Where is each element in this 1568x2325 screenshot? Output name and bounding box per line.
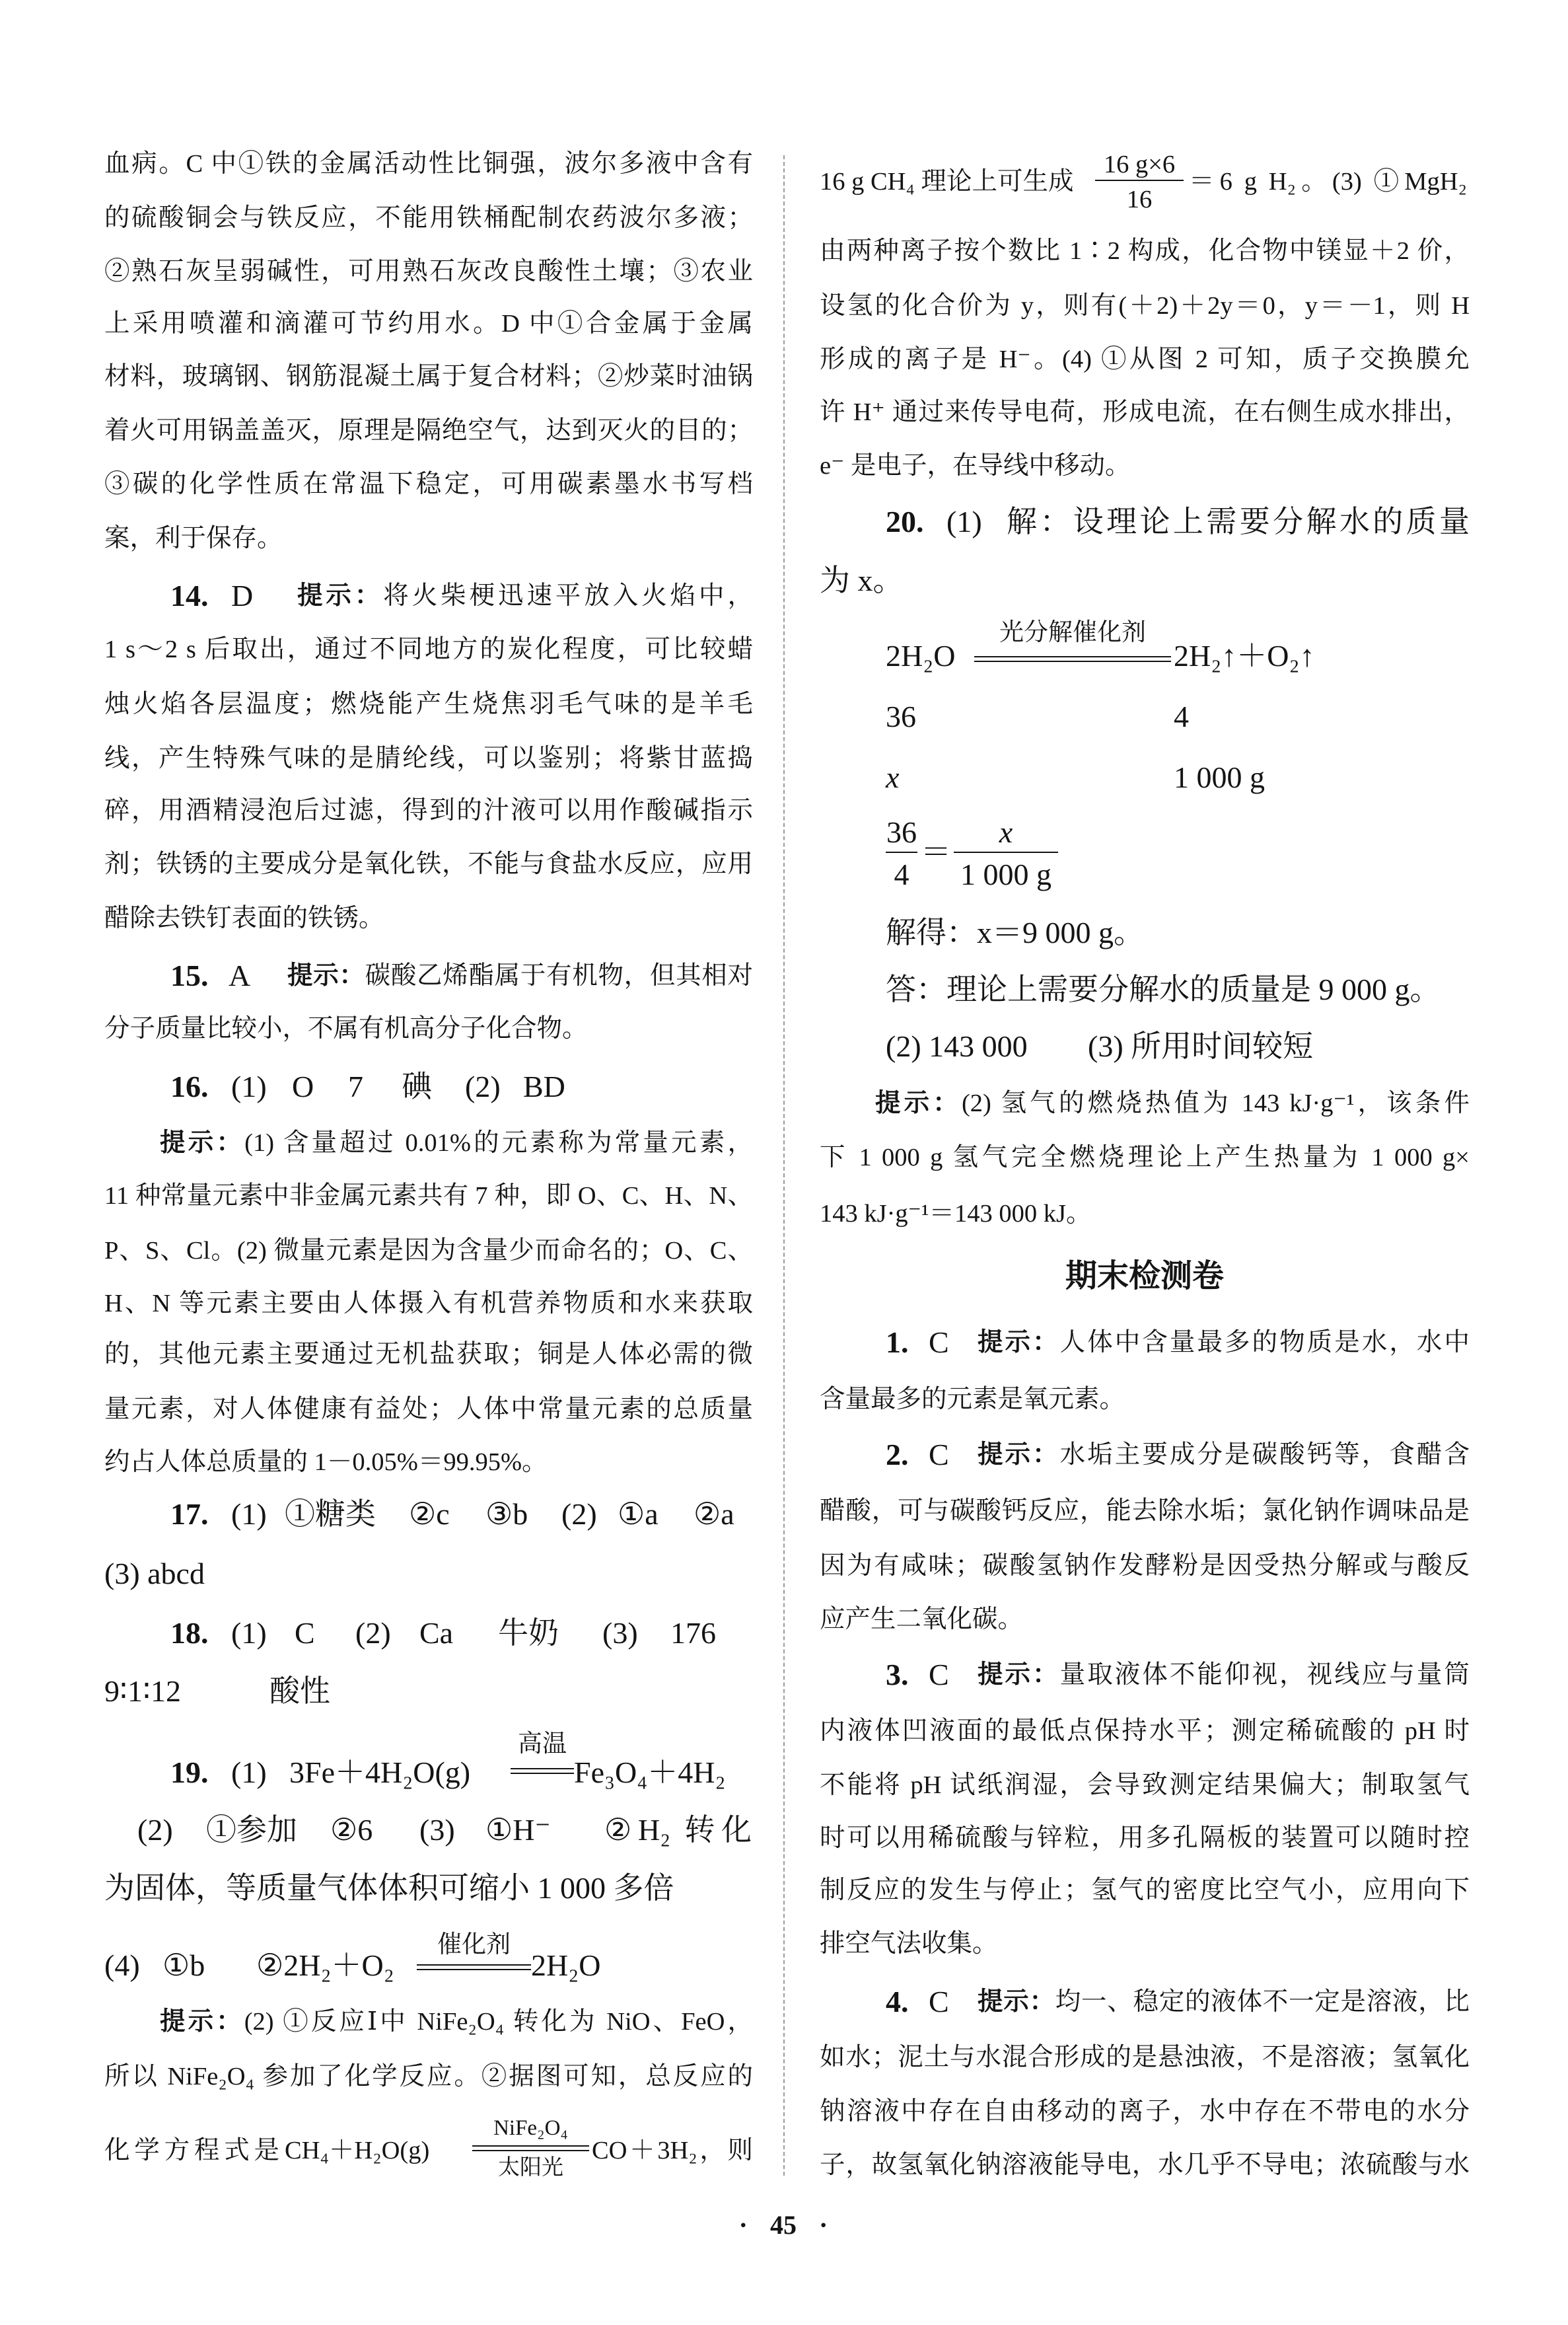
solution-text: 为 x。 — [820, 559, 904, 603]
answer-part: (3) 所用时间较短 — [1088, 1025, 1313, 1068]
fraction-denominator: 16 — [1082, 184, 1197, 215]
answer-line: (3) abcd — [104, 1552, 205, 1596]
hint-text: 均一、稳定的液体不一定是溶液，比 — [1055, 1988, 1470, 2016]
hint-line: 量元素，对人体健康有益处；人体中常量元素的总质量 — [104, 1389, 753, 1429]
answer-part: (2) — [561, 1493, 597, 1536]
question-number: 3. — [886, 1653, 909, 1697]
hint-line: 形成的离子是 H⁻。(4) ①从图 2 可知，质子交换膜允 — [820, 340, 1470, 379]
answer-part: C — [295, 1611, 315, 1655]
fraction-numerator: 16 g×6 — [1082, 149, 1197, 180]
hint-line: 1 s～2 s 后取出，通过不同地方的炭化程度，可比较蜡 — [104, 630, 753, 669]
equation-products: 2H₂↑＋O₂↑ — [1174, 634, 1315, 678]
hint-label: 提示： — [978, 1660, 1060, 1689]
reaction-condition: 催化剂 — [397, 1931, 551, 1960]
answer-part: (1) — [231, 1493, 267, 1536]
question-number: 1. — [886, 1321, 909, 1364]
answer-choice: C — [929, 1433, 949, 1477]
equation-reactants: 3Fe＋4H₂O(g) — [289, 1751, 470, 1794]
hint-text: (1) 含量超过 0.01%的元素称为常量元素， — [244, 1129, 753, 1157]
solution-result: 解得：x＝9 000 g。 — [886, 911, 1144, 955]
column-divider — [783, 155, 785, 2176]
hint-text: (2) ①反应Ⅰ中 NiFe₂O₄ 转化为 NiO、FeO， — [244, 2008, 753, 2036]
answer-part: (1) — [231, 1611, 267, 1655]
solution-text: 解：设理论上需要分解水的质量 — [1007, 500, 1470, 544]
hint-first-line: 提示：将火柴梗迅速平放入火焰中， — [297, 576, 753, 616]
hint-line: 含量最多的元素是氧元素。 — [820, 1380, 1470, 1419]
answer-part: (1) — [946, 500, 982, 544]
hint-label: 提示： — [287, 961, 365, 990]
hint-text: 水垢主要成分是碳酸钙等，食醋含 — [1060, 1441, 1470, 1469]
fraction-bar — [1095, 180, 1184, 181]
answer-part: (4) — [104, 1944, 140, 1987]
answer-part: ①H⁻ — [485, 1808, 551, 1852]
hint-line: 不能将 pH 试纸润湿，会导致测定结果偏大；制取氢气 — [820, 1765, 1470, 1805]
section-title: 期末检测卷 — [820, 1255, 1470, 1298]
reaction-catalyst: NiFe₂O₄ — [452, 2115, 609, 2141]
page-number-value: 45 — [770, 2207, 797, 2244]
question-number: 2. — [886, 1433, 909, 1477]
hint-line: 由两种离子按个数比 1∶2 构成，化合物中镁显＋2 价， — [820, 231, 1470, 271]
hint-line: 钠溶液中存在自由移动的离子，水中存在不带电的水分 — [820, 2092, 1470, 2131]
hint-line: 烛火焰各层温度；燃烧能产生烧焦羽毛气味的是羊毛 — [104, 684, 753, 724]
hint-equation-prefix: 化学方程式是 — [104, 2131, 279, 2170]
hint-first-line: 提示：(2) ①反应Ⅰ中 NiFe₂O₄ 转化为 NiO、FeO， — [160, 2002, 753, 2042]
hint-first-line: 提示：(1) 含量超过 0.01%的元素称为常量元素， — [160, 1123, 753, 1163]
hint-line: 醋酸，可与碳酸钙反应，能去除水垢；氯化钠作调味品是 — [820, 1491, 1470, 1531]
answer-part: ②c — [409, 1493, 450, 1536]
fraction-numerator: x — [941, 814, 1071, 851]
q13-hint-line: 着火可用锅盖盖灭，原理是隔绝空气，达到灭火的目的； — [104, 411, 753, 451]
answer-part: 176 — [670, 1611, 716, 1655]
hint-text: 碳酸乙烯酯属于有机物，但其相对 — [365, 962, 753, 990]
answer-part: ②6 — [330, 1808, 373, 1852]
hint-line: 应产生二氧化碳。 — [820, 1600, 1470, 1639]
q13-hint-line: ②熟石灰呈弱碱性，可用熟石灰改良酸性土壤；③农业 — [104, 252, 753, 291]
question-number: 20. — [886, 500, 924, 544]
mass-ratio-left: 36 — [886, 695, 916, 739]
answer-part: (2) — [137, 1808, 173, 1852]
hint-line: e⁻ 是电子，在导线中移动。 — [820, 446, 1470, 486]
double-line-icon — [511, 1768, 574, 1774]
hint-line: 下 1 000 g 氢气完全燃烧理论上产生热量为 1 000 g× — [820, 1138, 1470, 1177]
hint-text: 将火柴梗迅速平放入火焰中， — [383, 582, 753, 610]
hint-line: H、N 等元素主要由人体摄入有机营养物质和水来获取 — [104, 1284, 753, 1323]
answer-part: ①参加 — [206, 1808, 297, 1852]
fraction-bar — [886, 852, 917, 853]
q13-hint-line: 上采用喷灌和滴灌可节约用水。D 中①合金属于金属 — [104, 304, 753, 344]
answer-part: 7 — [348, 1065, 363, 1109]
question-number: 16. — [170, 1065, 209, 1109]
answer-part: 牛奶 — [498, 1611, 559, 1655]
hint-line: 线，产生特殊气味的是腈纶线，可以鉴别；将紫甘蓝捣 — [104, 739, 753, 778]
page-number-dot: · — [819, 2207, 828, 2244]
fraction: x 1 000 g — [954, 814, 1058, 893]
hint-text: 量取液体不能仰视，视线应与量筒 — [1060, 1661, 1470, 1689]
answer-choice: C — [929, 1980, 949, 2024]
answer-choice: D — [231, 574, 253, 618]
hint-line: 许 H⁺ 通过来传导电荷，形成电流，在右侧生成水排出， — [820, 392, 1470, 432]
reaction-condition: 太阳光 — [452, 2155, 609, 2181]
hint-first-line: 提示：均一、稳定的液体不一定是溶液，比 — [978, 1982, 1470, 2022]
fraction-denominator: 1 000 g — [941, 856, 1071, 893]
answer-part: Ca — [419, 1611, 453, 1655]
quantity-right: 1 000 g — [1174, 756, 1265, 799]
answer-part: (1) — [231, 1751, 267, 1794]
hint-first-line: 提示：量取液体不能仰视，视线应与量筒 — [978, 1655, 1470, 1695]
fraction: 36 4 — [886, 814, 917, 893]
hint-line: P、S、Cl。(2) 微量元素是因为含量少而命名的；O、C、 — [104, 1231, 753, 1271]
reaction-sign: 高温 — [511, 1738, 574, 1804]
hint-label: 提示： — [978, 1328, 1060, 1356]
hint-line: 143 kJ·g⁻¹＝143 000 kJ。 — [820, 1194, 1470, 1234]
answer-part: BD — [523, 1065, 565, 1109]
fraction: 16 g×6 16 — [1095, 149, 1184, 229]
answer-part: ③b — [485, 1493, 528, 1536]
hint-label: 提示： — [875, 1089, 962, 1117]
hint-label: 提示： — [160, 2007, 244, 2036]
hint-line: 排空气法收集。 — [820, 1924, 1470, 1964]
quantity-left: x — [886, 756, 899, 799]
hint-text: ＝6 g H₂。(3) ①MgH₂ — [1189, 162, 1467, 202]
mass-ratio-right: 4 — [1174, 695, 1189, 739]
hint-text: 16 g CH₄ 理论上可生成 — [820, 162, 1074, 202]
q13-hint-line: 血病。C 中①铁的金属活动性比铜强，波尔多液中含有 — [104, 144, 753, 184]
answer-part: (3) — [602, 1611, 638, 1655]
equation-products: 2H₂O — [531, 1944, 600, 1987]
answer-part: ①b — [162, 1944, 205, 1987]
hint-text: 人体中含量最多的物质是水，水中 — [1060, 1329, 1470, 1356]
hint-line: 因为有咸味；碳酸氢钠作发酵粉是因受热分解或与酸反 — [820, 1546, 1470, 1586]
equation-products: CO＋3H₂，则 — [592, 2131, 753, 2170]
reaction-condition: 光分解催化剂 — [954, 618, 1191, 647]
hint-line: 的，其他元素主要通过无机盐获取；铜是人体必需的微 — [104, 1335, 753, 1374]
answer-choice: A — [229, 954, 250, 998]
solution-conclusion: 答：理论上需要分解水的质量是 9 000 g。 — [886, 968, 1441, 1012]
question-number: 19. — [170, 1751, 209, 1794]
answer-part: ②H₂ 转化 — [604, 1808, 752, 1852]
hint-line: 子，故氢氧化钠溶液能导电，水几乎不导电；浓硫酸与水 — [820, 2145, 1470, 2185]
answer-part: ②a — [694, 1493, 734, 1536]
q13-hint-line: 的硫酸铜会与铁反应，不能用铁桶配制农药波尔多液； — [104, 198, 753, 238]
answer-choice: C — [929, 1321, 949, 1364]
hint-line: 醋除去铁钉表面的铁锈。 — [104, 899, 753, 938]
answer-part: (2) — [355, 1611, 391, 1655]
hint-line: 剂；铁锈的主要成分是氧化铁，不能与食盐水反应，应用 — [104, 844, 753, 884]
hint-label: 提示： — [978, 1440, 1060, 1469]
hint-text: (2) 氢气的燃烧热值为 143 kJ·g⁻¹，该条件 — [962, 1089, 1470, 1117]
answer-part: (2) 143 000 — [886, 1025, 1028, 1068]
hint-first-line: 提示：碳酸乙烯酯属于有机物，但其相对 — [287, 956, 753, 996]
hint-first-line: 提示：(2) 氢气的燃烧热值为 143 kJ·g⁻¹，该条件 — [875, 1084, 1470, 1123]
answer-part: ①糖类 — [285, 1493, 376, 1536]
hint-label: 提示： — [978, 1987, 1055, 2016]
equation-products: Fe₃O₄＋4H₂ — [574, 1751, 726, 1794]
answer-key-page: 血病。C 中①铁的金属活动性比铜强，波尔多液中含有 的硫酸铜会与铁反应，不能用铁… — [0, 0, 1568, 2325]
double-line-icon — [472, 2145, 589, 2151]
equation-reactants: 2H₂O — [886, 634, 955, 678]
hint-line: 设氢的化合价为 y，则有(＋2)＋2y＝0，y＝－1，则 H — [820, 286, 1470, 326]
fraction-bar — [954, 852, 1058, 853]
answer-part: O — [292, 1065, 314, 1109]
equation-reactants: ②2H₂＋O₂ — [256, 1944, 394, 1987]
hint-label: 提示： — [297, 581, 383, 610]
hint-line: 内液体凹液面的最低点保持水平；测定稀硫酸的 pH 时 — [820, 1711, 1470, 1751]
page-number-dot: · — [739, 2207, 748, 2244]
answer-part: (2) — [465, 1065, 501, 1109]
answer-part: 酸性 — [269, 1670, 330, 1713]
question-number: 17. — [170, 1493, 209, 1536]
reaction-sign: 催化剂 — [417, 1934, 531, 2000]
reaction-sign: 光分解催化剂 — [974, 626, 1171, 692]
answer-part: (1) — [231, 1065, 267, 1109]
question-number: 4. — [886, 1980, 909, 2024]
q13-hint-line: 材料，玻璃钢、钢筋混凝土属于复合材料；②炒菜时油锅 — [104, 357, 753, 396]
hint-label: 提示： — [160, 1128, 244, 1157]
hint-line: 分子质量比较小，不属有机高分子化合物。 — [104, 1009, 753, 1049]
equation-reactants: CH₄＋H₂O(g) — [285, 2131, 429, 2170]
answer-part: ①a — [618, 1493, 659, 1536]
answer-choice: C — [929, 1653, 949, 1697]
hint-line: 约占人体总质量的 1－0.05%＝99.95%。 — [104, 1442, 753, 1482]
hint-line: 所以 NiFe₂O₄ 参加了化学反应。②据图可知，总反应的 — [104, 2057, 753, 2096]
question-number: 15. — [170, 954, 209, 998]
answer-part: 9∶1∶12 — [104, 1670, 181, 1713]
answer-part: (3) — [419, 1808, 455, 1852]
q13-hint-line: 案，利于保存。 — [104, 519, 753, 558]
hint-line: 时可以用稀硫酸与锌粒，用多孔隔板的装置可以随时控 — [820, 1818, 1470, 1858]
hint-line: 11 种常量元素中非金属元素共有 7 种，即 O、C、H、N、 — [104, 1176, 753, 1216]
reaction-sign: NiFe₂O₄ 太阳光 — [472, 2115, 589, 2181]
question-number: 18. — [170, 1611, 209, 1655]
answer-part: 碘 — [402, 1065, 432, 1109]
double-line-icon — [417, 1964, 531, 1970]
hint-first-line: 提示：人体中含量最多的物质是水，水中 — [978, 1323, 1470, 1362]
page-number: · 45 · — [691, 2207, 876, 2244]
hint-first-line: 提示：水垢主要成分是碳酸钙等，食醋含 — [978, 1435, 1470, 1475]
double-line-icon — [974, 656, 1171, 662]
hint-line: 制反应的发生与停止；氢气的密度比空气小，应用向下 — [820, 1870, 1470, 1910]
q13-hint-line: ③碳的化学性质在常温下稳定，可用碳素墨水书写档 — [104, 464, 753, 504]
hint-line: 碎，用酒精浸泡后过滤，得到的汁液可以用作酸碱指示 — [104, 791, 753, 830]
question-number: 14. — [170, 574, 209, 618]
hint-line: 如水；泥土与水混合形成的是悬浊液，不是溶液；氢氧化 — [820, 2038, 1470, 2077]
answer-line: 为固体，等质量气体体积可缩小 1 000 多倍 — [104, 1866, 674, 1910]
